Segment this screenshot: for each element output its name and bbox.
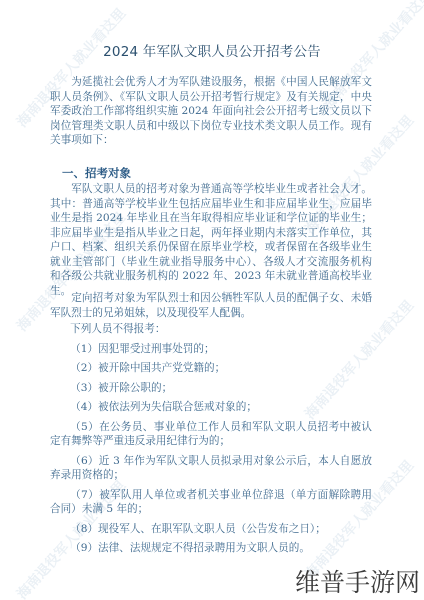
targeted-paragraph: 定向招考对象为军队烈士和因公牺牲军队人员的配偶子女、未婚军队烈士的兄弟姐妹，以及… [50, 291, 372, 320]
section-paragraph-block: 军队文职人员的招考对象为普通高等学校毕业生或者社会人才。其中：普通高等学校毕业生… [50, 182, 372, 298]
exclusion-intro: 下列人员不得报考： [50, 322, 372, 337]
intro-block: 为延揽社会优秀人才为军队建设服务，根据《中国人民解放军文职人员条例》、《军队文职… [50, 75, 372, 148]
intro-paragraph: 为延揽社会优秀人才为军队建设服务，根据《中国人民解放军文职人员条例》、《军队文职… [50, 75, 372, 148]
site-logo: 维普手游网 [295, 563, 420, 599]
targeted-paragraph-block: 定向招考对象为军队烈士和因公牺牲军队人员的配偶子女、未婚军队烈士的兄弟姐妹，以及… [50, 291, 372, 320]
exclusion-list: 下列人员不得报考： （1）因犯罪受过刑事处罚的； （2）被开除中国共产党党籍的；… [50, 322, 372, 556]
exclusion-item: （4）被依法列为失信联合惩戒对象的； [50, 400, 372, 415]
exclusion-item: （9）法律、法规规定不得招录聘用为文职人员的。 [50, 541, 372, 556]
section-heading: 一、招考对象 [62, 165, 131, 181]
exclusion-item: （5）在公务员、事业单位工作人员和军队文职人员招考中被认定有舞弊等严重违反录用纪… [50, 420, 372, 449]
exclusion-item: （2）被开除中国共产党党籍的； [50, 361, 372, 376]
exclusion-item: （7）被军队用人单位或者机关事业单位辞退（单方面解除聘用合同）未满 5 年的； [50, 488, 372, 517]
exclusion-item: （8）现役军人、在职军队文职人员（公告发布之日）； [50, 522, 372, 537]
document-page: 海南退役军人就业看这里 海南退役军人就业看这里 海南退役军人就业看这里 海南退役… [0, 0, 424, 600]
document-title: 2024 年军队文职人员公开招考公告 [0, 40, 424, 60]
exclusion-item: （1）因犯罪受过刑事处罚的； [50, 342, 372, 357]
exclusion-item: （3）被开除公职的； [50, 381, 372, 396]
eligibility-paragraph: 军队文职人员的招考对象为普通高等学校毕业生或者社会人才。其中：普通高等学校毕业生… [50, 182, 372, 298]
exclusion-item: （6）近 3 年作为军队文职人员拟录用对象公示后，本人自愿放弃录用资格的； [50, 454, 372, 483]
